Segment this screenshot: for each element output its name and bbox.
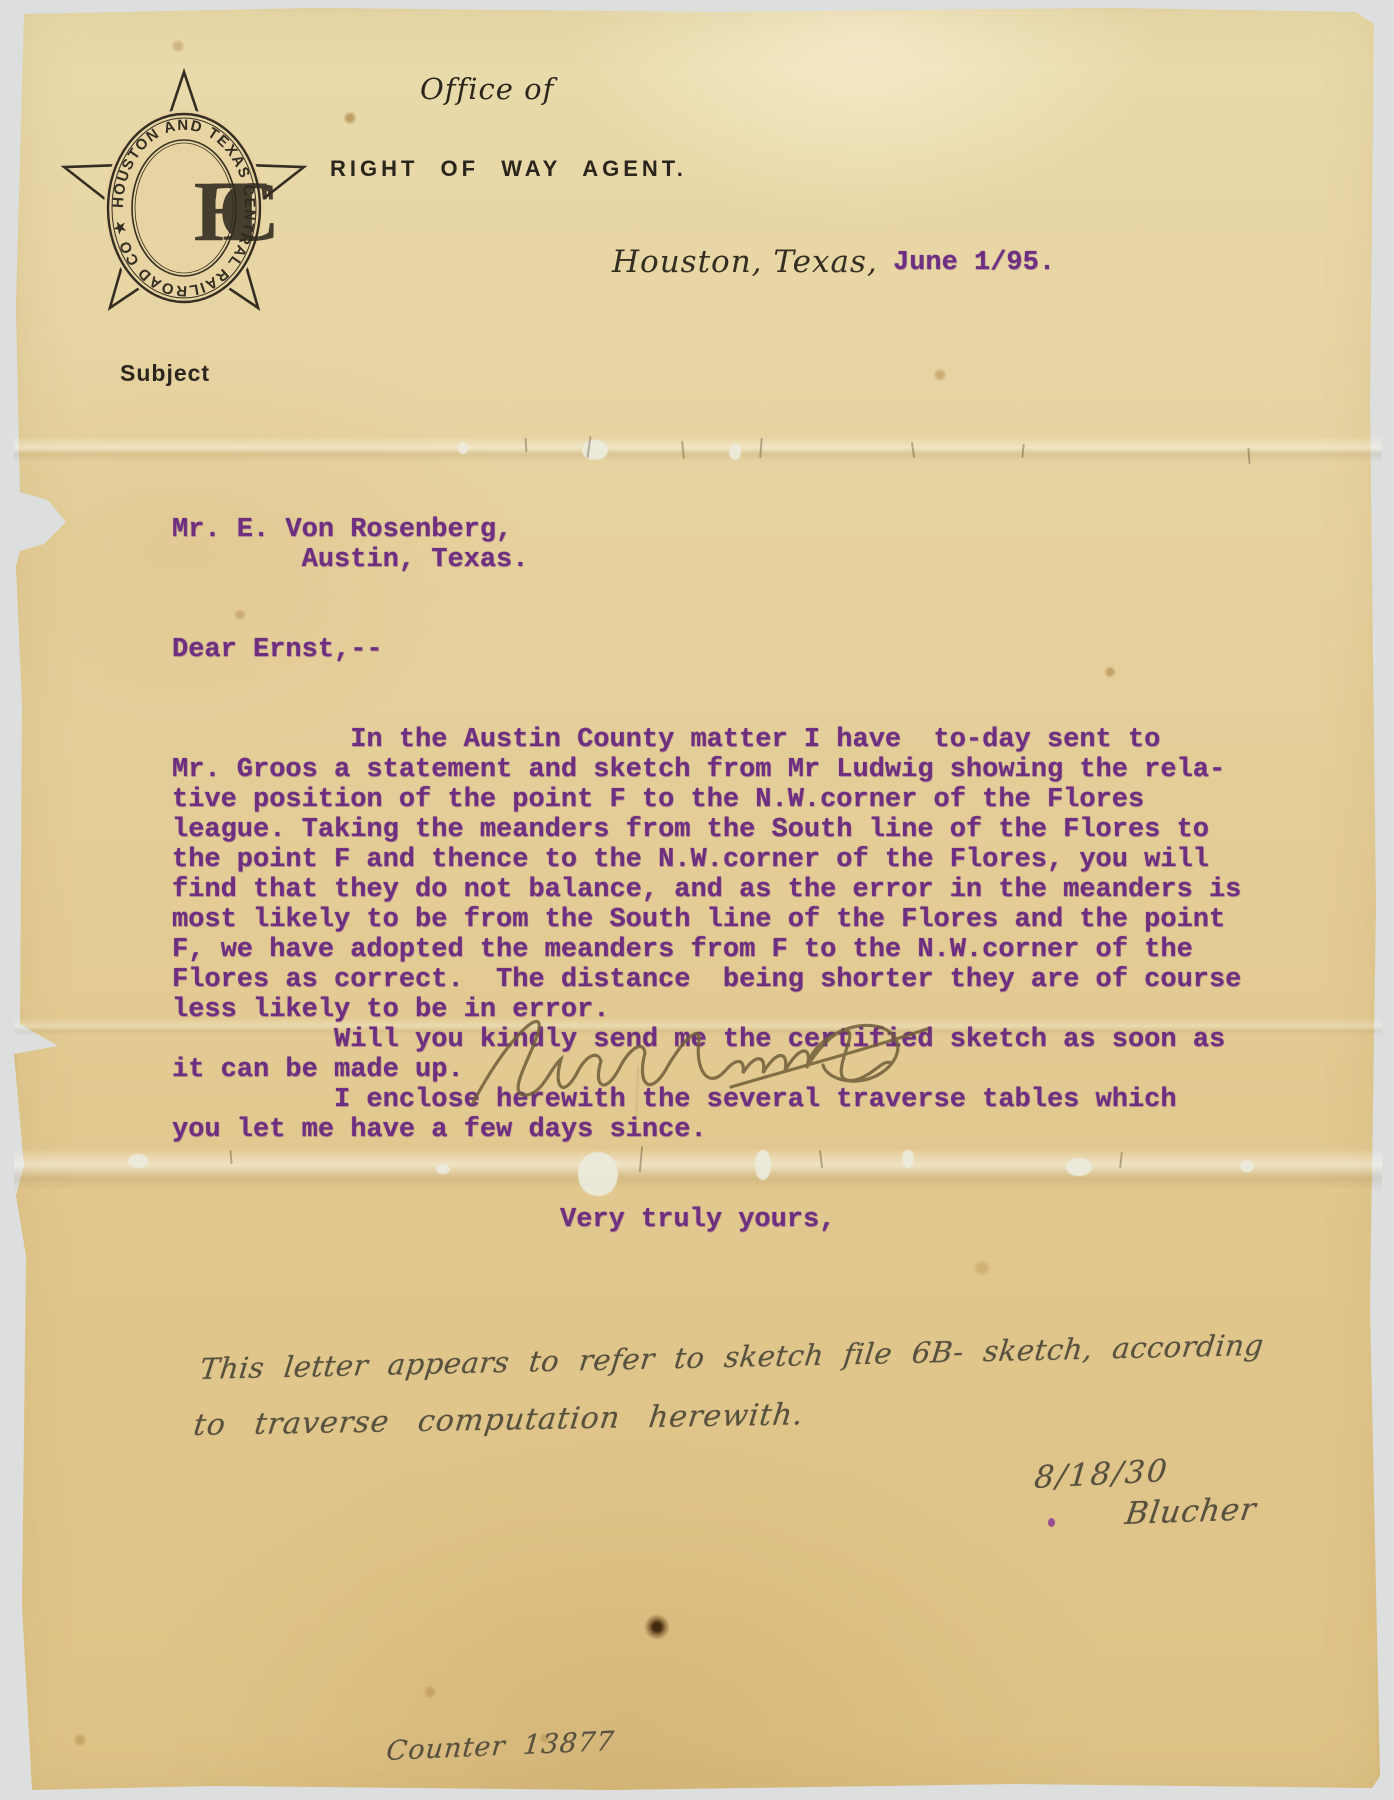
typed-letter: Mr. E. Von Rosenberg, Austin, Texas. Dea…: [172, 455, 1241, 1265]
recipient-line: Mr. E. Von Rosenberg,: [172, 515, 1241, 545]
archival-note-signer: Blucher: [1123, 1491, 1259, 1532]
ink-dot: [1048, 1518, 1055, 1527]
archival-note-date: 8/18/30: [1033, 1453, 1170, 1496]
recipient-line: Austin, Texas.: [172, 545, 1241, 575]
body-line: most likely to be from the South line of…: [172, 905, 1241, 935]
paper-damage-patch: [128, 1154, 148, 1168]
place-line: Houston, Texas,: [612, 244, 878, 280]
paper-damage-patch: [458, 442, 468, 454]
paper-damage-patch: [1240, 1160, 1254, 1172]
closing-line: Very truly yours,: [560, 1205, 1241, 1235]
office-of-label: Office of: [420, 72, 554, 106]
typed-date: June 1/95.: [893, 248, 1055, 278]
body-line: tive position of the point F to the N.W.…: [172, 785, 1241, 815]
body-line: find that they do not balance, and as th…: [172, 875, 1241, 905]
recipient-block: Mr. E. Von Rosenberg, Austin, Texas.: [172, 515, 1241, 575]
subject-label: Subject: [120, 360, 210, 387]
body-line: Mr. Groos a statement and sketch from Mr…: [172, 755, 1241, 785]
railroad-seal-logo: HOUSTON AND TEXAS CENTRAL RAILROAD CO ★ …: [54, 36, 314, 346]
salutation: Dear Ernst,--: [172, 635, 1241, 665]
body-line: F, we have adopted the meanders from F t…: [172, 935, 1241, 965]
body-line: the point F and thence to the N.W.corner…: [172, 845, 1241, 875]
body-line: In the Austin County matter I have to-da…: [172, 725, 1241, 755]
body-line: league. Taking the meanders from the Sou…: [172, 815, 1241, 845]
office-title: RIGHT OF WAY AGENT.: [330, 156, 687, 182]
body-line: Flores as correct. The distance being sh…: [172, 965, 1241, 995]
handwritten-signature: [455, 995, 955, 1130]
